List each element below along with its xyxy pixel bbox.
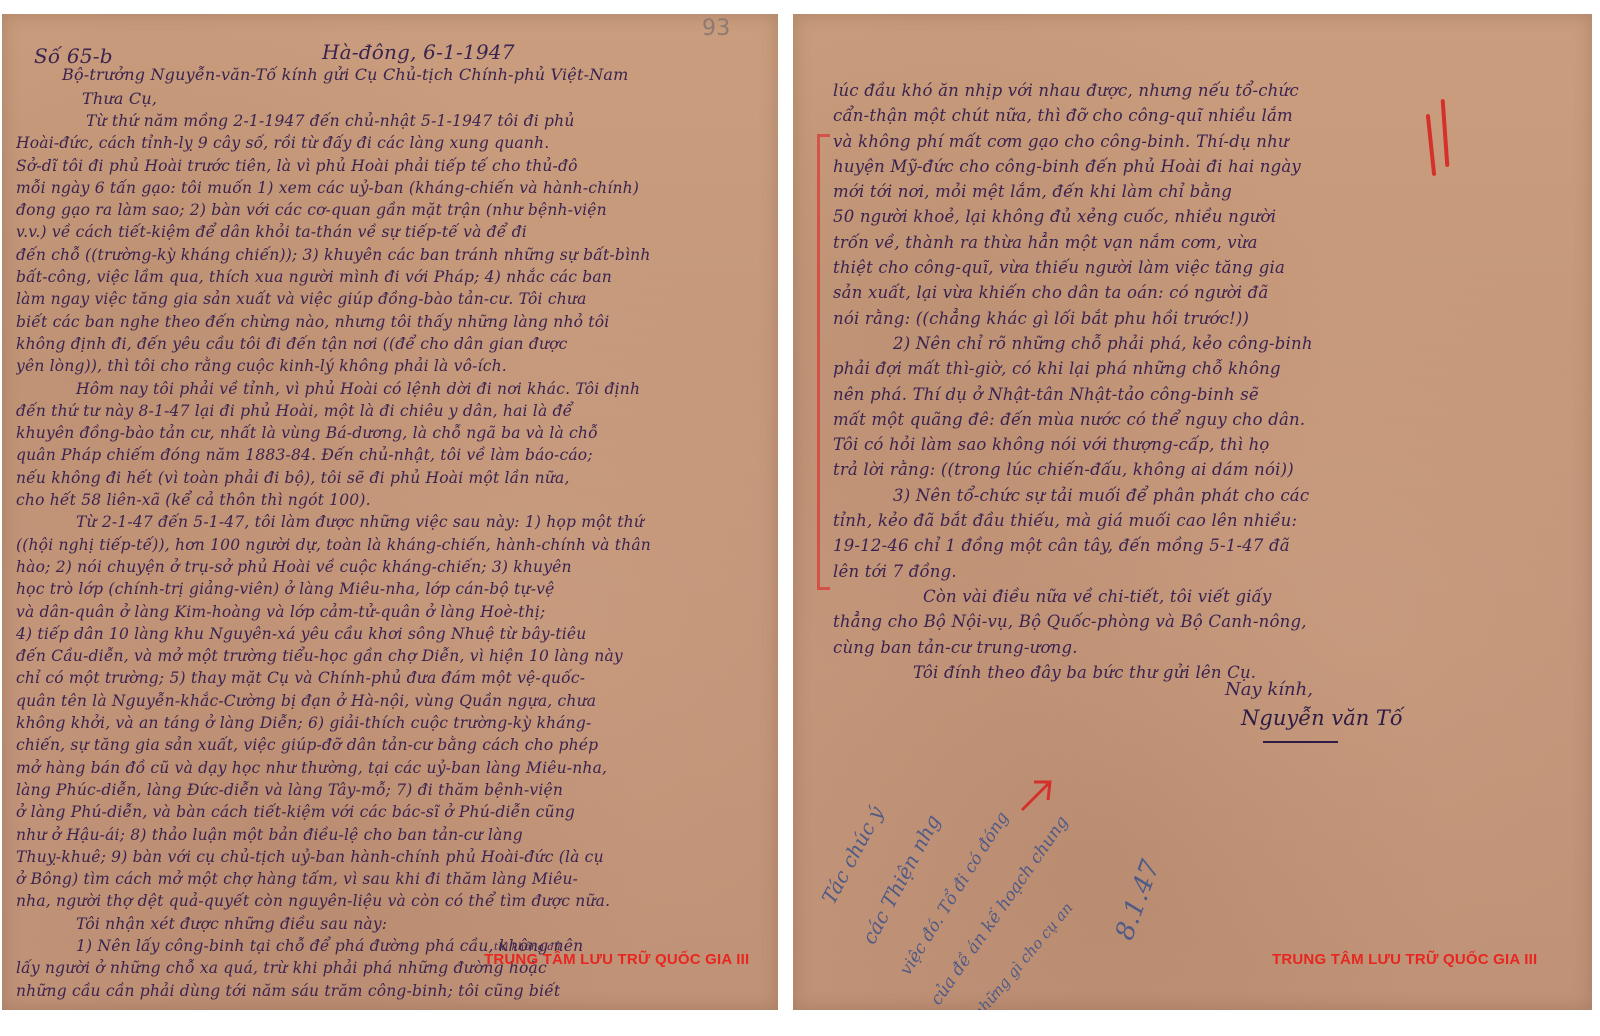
closing: Nay kính, (1225, 679, 1313, 700)
body-line: 19-12-46 chỉ 1 đồng một cân tây, đến mồn… (833, 533, 1533, 558)
body-line: Tôi nhận xét được những điều sau này: (16, 913, 776, 935)
body-line: làm ngay việc tăng gia sản xuất và việc … (16, 288, 776, 310)
pencil-annotation-date: 8.1.47 (1110, 856, 1166, 944)
body-line: mới tới nơi, mỏi mệt lắm, đến khi làm ch… (833, 179, 1533, 204)
body-line: Còn vài điều nữa về chi-tiết, tôi viết g… (833, 584, 1533, 609)
body-line: Sở-dĩ tôi đi phủ Hoài trước tiên, là vì … (16, 155, 776, 177)
body-line: bất-công, việc lầm qua, thích xua người … (16, 266, 776, 288)
body-line: đong gạo ra làm sao; 2) bàn với các cơ-q… (16, 199, 776, 221)
body-line: làng Phúc-diễn, làng Đức-diễn và làng Tâ… (16, 779, 776, 801)
body-line: trốn về, thành ra thừa hẳn một vạn nắm c… (833, 230, 1533, 255)
body-line: Tôi đính theo đây ba bức thư gửi lên Cụ. (833, 660, 1533, 685)
signature: Nguyễn văn Tố (1241, 706, 1403, 730)
archive-watermark: TRUNG TÂM LƯU TRỮ QUỐC GIA III (484, 951, 749, 968)
body-line: đến chỗ ((trường-kỳ kháng chiến)); 3) kh… (16, 244, 776, 266)
body-line: 3) Nên tổ-chức sự tải muối để phân phát … (833, 483, 1533, 508)
body-line: Từ thứ năm mồng 2-1-1947 đến chủ-nhật 5-… (16, 110, 776, 132)
body-line: biết các ban nghe theo đến chừng nào, nh… (16, 311, 776, 333)
body-line: thiệt cho công-quĩ, vừa thiếu người làm … (833, 255, 1533, 280)
letter-page-2: lúc đầu khó ăn nhịp với nhau được, nhưng… (793, 14, 1592, 1010)
body-line: Hôm nay tôi phải về tỉnh, vì phủ Hoài có… (16, 378, 776, 400)
body-line: chỉ có một trường; 5) thay mặt Cụ và Chí… (16, 667, 776, 689)
body-line: Thuỵ-khuê; 9) bàn với cụ chủ-tịch uỷ-ban… (16, 846, 776, 868)
body-line: đến thứ tư này 8-1-47 lại đi phủ Hoài, m… (16, 400, 776, 422)
body-line: những cầu cần phải dùng tới năm sáu trăm… (16, 980, 776, 1002)
body-line: nói rằng: ((chẳng khác gì lối bắt phu hồ… (833, 306, 1533, 331)
body-line: Tôi có hỏi làm sao không nói với thượng-… (833, 432, 1533, 457)
red-arrow-icon (1018, 774, 1058, 814)
letter-heading: Bộ-trưởng Nguyễn-văn-Tố kính gửi Cụ Chủ-… (62, 64, 629, 86)
letter-body-page-1: Từ thứ năm mồng 2-1-1947 đến chủ-nhật 5-… (16, 110, 776, 1002)
body-line: yên lòng)), thì tôi cho rằng cuộc kinh-l… (16, 355, 776, 377)
body-line: Từ 2-1-47 đến 5-1-47, tôi làm được những… (16, 511, 776, 533)
body-line: quân tên là Nguyễn-khắc-Cường bị đạn ở H… (16, 690, 776, 712)
body-line: nha, người thợ dệt quả-quyết còn nguyên-… (16, 890, 776, 912)
body-line: ở Bông) tìm cách mở một chợ hàng tấm, vì… (16, 868, 776, 890)
body-line: mỗi ngày 6 tấn gạo: tôi muốn 1) xem các … (16, 177, 776, 199)
body-line: hào; 2) nói chuyện ở trụ-sở phủ Hoài về … (16, 556, 776, 578)
salutation: Thưa Cụ, (82, 88, 157, 110)
body-line: thẳng cho Bộ Nội-vụ, Bộ Quốc-phòng và Bộ… (833, 609, 1533, 634)
body-line: 50 người khoẻ, lại không đủ xẻng cuốc, n… (833, 204, 1533, 229)
body-line: ở làng Phú-diễn, và bàn cách tiết-kiệm v… (16, 801, 776, 823)
body-line: phải đợi mất thì-giờ, có khi lại phá nhữ… (833, 356, 1533, 381)
body-line: sản xuất, lại vừa khiến cho dân ta oán: … (833, 280, 1533, 305)
body-line: 2) Nên chỉ rõ những chỗ phải phá, kẻo cô… (833, 331, 1533, 356)
body-line: tỉnh, kẻo đã bắt đầu thiếu, mà giá muối … (833, 508, 1533, 533)
body-line: mất một quãng đê: đến mùa nước có thể ng… (833, 407, 1533, 432)
body-line: học trò lớp (chính-trị giảng-viên) ở làn… (16, 578, 776, 600)
archive-watermark: TRUNG TÂM LƯU TRỮ QUỐC GIA III (1272, 951, 1537, 968)
body-line: trả lời rằng: ((trong lúc chiến-đấu, khô… (833, 457, 1533, 482)
body-line: Hoài-đức, cách tỉnh-lỵ 9 cây số, rồi từ … (16, 132, 776, 154)
body-line: huyện Mỹ-đức cho công-binh đến phủ Hoài … (833, 154, 1533, 179)
letter-page-1: 93 Số 65-b Hà-đông, 6-1-1947 Bộ-trưởng N… (2, 14, 778, 1010)
body-line: quân Pháp chiếm đóng năm 1883-84. Đến ch… (16, 444, 776, 466)
body-line: lên tới 7 đồng. (833, 559, 1533, 584)
body-line: lúc đầu khó ăn nhịp với nhau được, nhưng… (833, 78, 1533, 103)
place-date: Hà-đông, 6-1-1947 (322, 40, 515, 64)
body-line: không định đi, đến yêu cầu tôi đi đến tậ… (16, 333, 776, 355)
body-line: nên phá. Thí dụ ở Nhật-tân Nhật-tảo công… (833, 382, 1533, 407)
letter-body-page-2: lúc đầu khó ăn nhịp với nhau được, nhưng… (833, 78, 1533, 685)
body-line: không khởi, và an táng ở làng Diễn; 6) g… (16, 712, 776, 734)
body-line: 4) tiếp dân 10 làng khu Nguyên-xá yêu cầ… (16, 623, 776, 645)
body-line: đến Cầu-diễn, và mở một trường tiểu-học … (16, 645, 776, 667)
body-line: cho hết 58 liên-xã (kể cả thôn thì ngót … (16, 489, 776, 511)
body-line: khuyên đồng-bào tản cư, nhất là vùng Bá-… (16, 422, 776, 444)
body-line: v.v.) về cách tiết-kiệm để dân khỏi ta-t… (16, 221, 776, 243)
body-line: và dân-quân ở làng Kim-hoàng và lớp cảm-… (16, 601, 776, 623)
body-line: mở hàng bán đồ cũ và dạy học như thường,… (16, 757, 776, 779)
body-line: chiến, sự tăng gia sản xuất, việc giúp-đ… (16, 734, 776, 756)
body-line: cùng ban tản-cư trung-ương. (833, 635, 1533, 660)
pencil-annotation-line: Tác chúc ý (817, 802, 888, 908)
body-line: như ở Hậu-ái; 8) thảo luận một bản điều-… (16, 824, 776, 846)
signature-underline (1263, 741, 1338, 743)
body-line: ((hội nghị tiếp-tế)), hơn 100 người dự, … (16, 534, 776, 556)
red-margin-bracket (817, 134, 830, 590)
body-line: nếu không đi hết (vì toàn phải đi bộ), t… (16, 467, 776, 489)
folio-number: 93 (702, 16, 730, 41)
